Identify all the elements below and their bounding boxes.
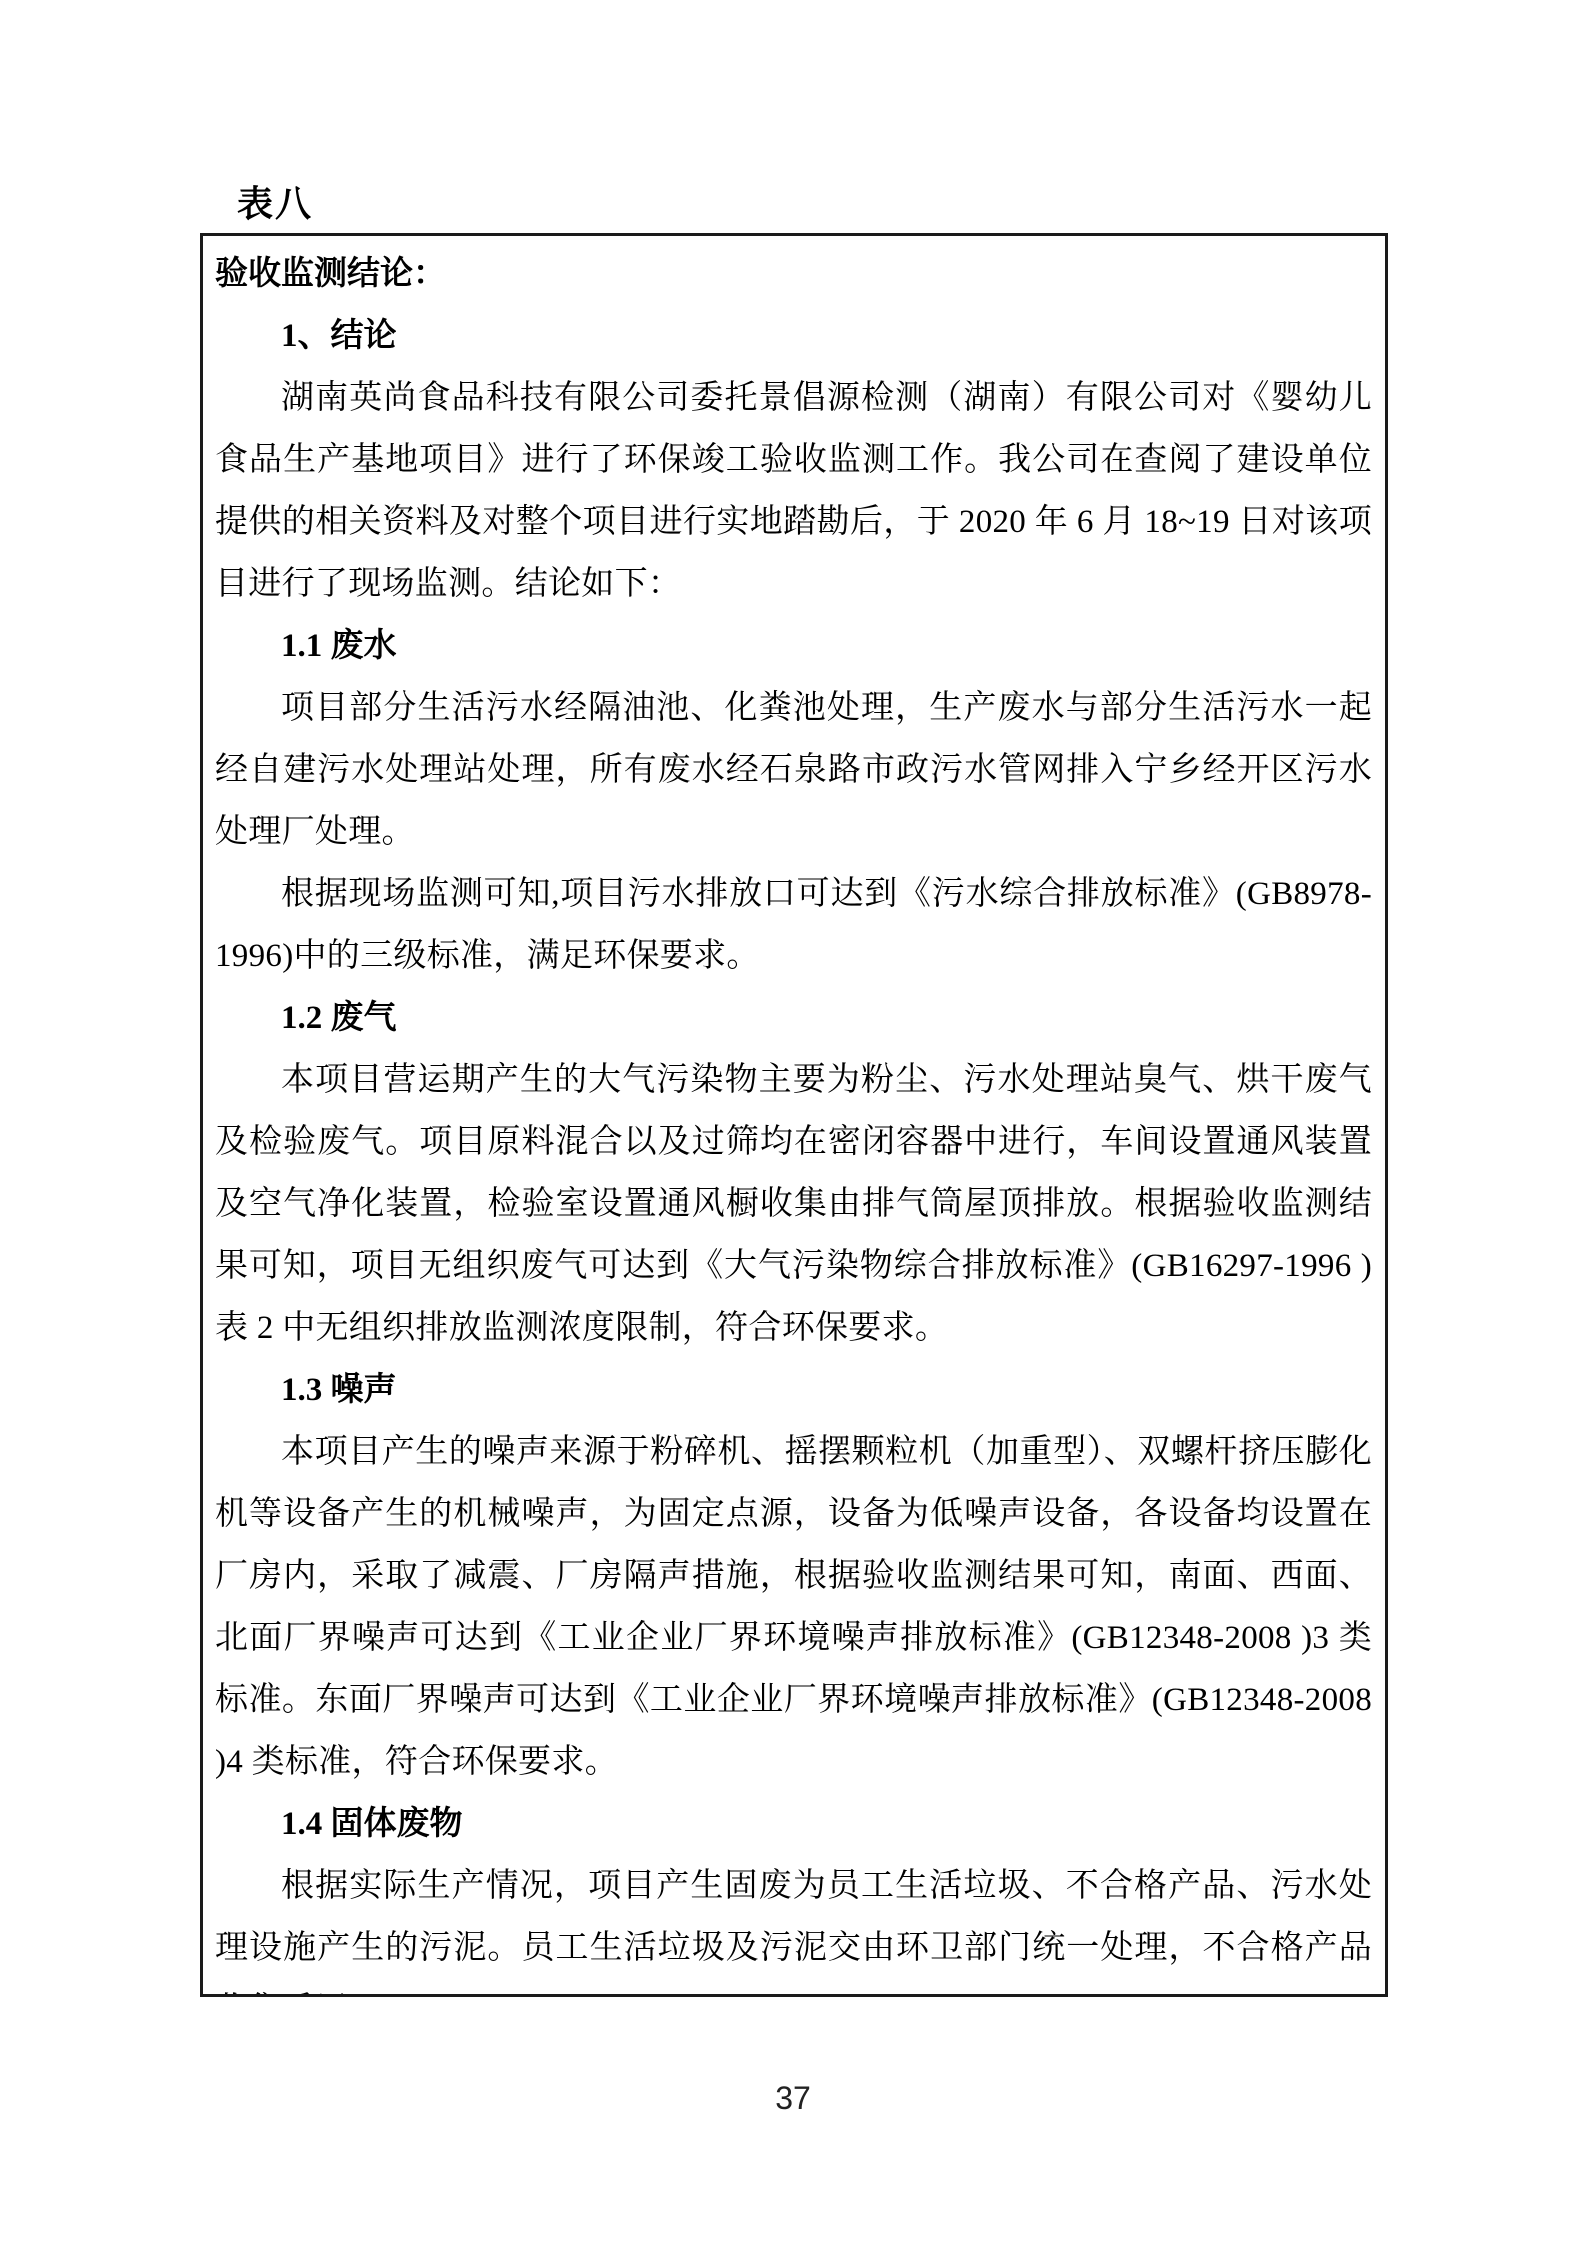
section-solid-waste: 1.4 固体废物 根据实际生产情况，项目产生固废为员工生活垃圾、不合格产品、污水… [215,1793,1372,1997]
section-waste-gas: 1.2 废气 本项目营运期产生的大气污染物主要为粉尘、污水处理站臭气、烘干废气及… [215,987,1372,1359]
section-heading-waste-gas: 1.2 废气 [215,987,1372,1049]
table-label: 表八 [237,184,313,224]
section-heading-conclusion: 1、结论 [215,305,1372,367]
section-heading-solid-waste: 1.4 固体废物 [215,1793,1372,1855]
section-wastewater: 1.1 废水 项目部分生活污水经隔油池、化粪池处理，生产废水与部分生活污水一起经… [215,615,1372,987]
page-number: 37 [0,2080,1586,2117]
section-conclusion: 1、结论 湖南英尚食品科技有限公司委托景倡源检测（湖南）有限公司对《婴幼儿食品生… [215,305,1372,615]
section-noise: 1.3 噪声 本项目产生的噪声来源于粉碎机、摇摆颗粒机（加重型）、双螺杆挤压膨化… [215,1359,1372,1793]
conclusion-box: 验收监测结论： 1、结论 湖南英尚食品科技有限公司委托景倡源检测（湖南）有限公司… [200,233,1388,1997]
document-page: 表八 验收监测结论： 1、结论 湖南英尚食品科技有限公司委托景倡源检测（湖南）有… [0,0,1586,2244]
paragraph-waste-gas: 本项目营运期产生的大气污染物主要为粉尘、污水处理站臭气、烘干废气及检验废气。项目… [215,1049,1372,1359]
paragraph-solid-waste: 根据实际生产情况，项目产生固废为员工生活垃圾、不合格产品、污水处理设施产生的污泥… [215,1855,1372,1997]
paragraph-noise: 本项目产生的噪声来源于粉碎机、摇摆颗粒机（加重型）、双螺杆挤压膨化机等设备产生的… [215,1421,1372,1793]
section-heading-noise: 1.3 噪声 [215,1359,1372,1421]
paragraph-wastewater-treatment: 项目部分生活污水经隔油池、化粪池处理，生产废水与部分生活污水一起经自建污水处理站… [215,677,1372,863]
paragraph-conclusion-intro: 湖南英尚食品科技有限公司委托景倡源检测（湖南）有限公司对《婴幼儿食品生产基地项目… [215,367,1372,615]
box-title: 验收监测结论： [215,243,1372,305]
section-heading-wastewater: 1.1 废水 [215,615,1372,677]
paragraph-wastewater-standard: 根据现场监测可知,项目污水排放口可达到《污水综合排放标准》(GB8978-199… [215,863,1372,987]
